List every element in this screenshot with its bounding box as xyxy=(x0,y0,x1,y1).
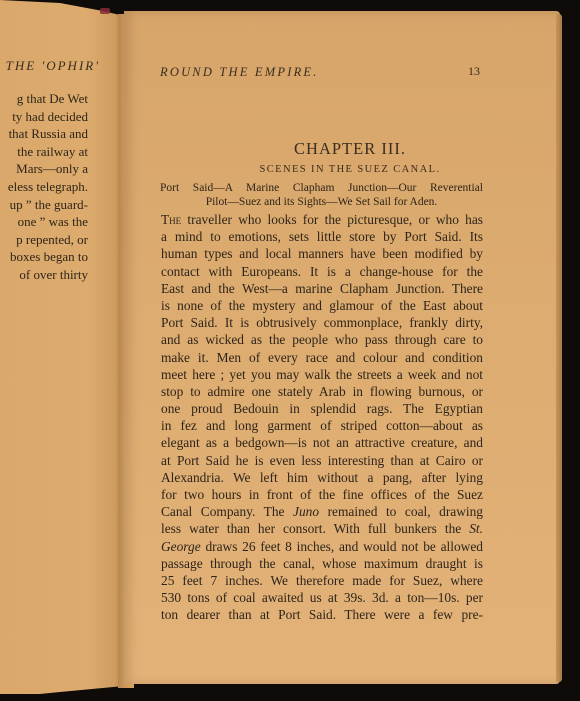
ship-name-george: George xyxy=(161,539,201,554)
left-line: Mars—only a xyxy=(0,160,88,178)
body-line: 530 tons of coal awaited us at 39s. 3d. … xyxy=(161,589,483,606)
open-book-photo: THE 'OPHIR' g that De Wet ty had decided… xyxy=(0,0,580,701)
left-line: p repented, or xyxy=(0,231,88,249)
synopsis-line: Port Said—A Marine Clapham Junction—Our … xyxy=(160,181,483,195)
body-line: is none of the mystery and glamour of th… xyxy=(161,297,483,314)
chapter-subtitle: SCENES IN THE SUEZ CANAL. xyxy=(150,164,550,175)
body-line: 25 feet 7 inches. We therefore made for … xyxy=(161,572,483,589)
page-number: 13 xyxy=(468,64,480,79)
left-running-head: THE 'OPHIR' xyxy=(0,58,100,74)
drop-word: The xyxy=(161,212,181,227)
body-line: in fez and long garment of striped cotto… xyxy=(161,417,483,434)
bookmark-ribbon xyxy=(100,8,110,14)
body-line: East and the West—a marine Clapham Junct… xyxy=(161,280,483,297)
left-line: g that De Wet xyxy=(0,90,88,108)
body-line: at Port Said he is even less interesting… xyxy=(161,452,483,469)
body-line: for two hours in front of the fine offic… xyxy=(161,486,483,503)
left-line: up ” the guard- xyxy=(0,196,88,214)
body-line: ton dearer than at Port Said. There were… xyxy=(161,606,483,623)
body-line: passage through the canal, whose maximum… xyxy=(161,555,483,572)
left-page-text: g that De Wet ty had decided that Russia… xyxy=(0,90,88,284)
body-line: make it. Men of every race and colour an… xyxy=(161,349,483,366)
left-line: one ” was the xyxy=(0,213,88,231)
body-line: Port Said. It is obtrusively commonplace… xyxy=(161,314,483,331)
body-line: Alexandria. We left him without a pang, … xyxy=(161,469,483,486)
body-line: meet here ; yet you may walk the streets… xyxy=(161,366,483,383)
page-edge xyxy=(556,14,562,682)
left-line: eless telegraph. xyxy=(0,178,88,196)
body-line: and as wicked as the people who pass thr… xyxy=(161,331,483,348)
left-line: of over thirty xyxy=(0,266,88,284)
body-line: Canal Company. The Juno remained to coal… xyxy=(161,503,483,520)
body-text: The traveller who looks for the pictures… xyxy=(161,211,483,624)
left-line: the railway at xyxy=(0,143,88,161)
body-line: The traveller who looks for the pictures… xyxy=(161,211,483,228)
ship-name-st: St. xyxy=(469,521,483,536)
chapter-title: CHAPTER III. xyxy=(150,139,550,159)
left-line: that Russia and xyxy=(0,125,88,143)
body-line: one proud Bedouin in splendid rags. The … xyxy=(161,400,483,417)
body-line: George draws 26 feet 8 inches, and would… xyxy=(161,538,483,555)
body-line: less water than her consort. With full b… xyxy=(161,520,483,537)
synopsis-line: Pilot—Suez and its Sights—We Set Sail fo… xyxy=(160,195,483,209)
body-line: human types and local manners have been … xyxy=(161,245,483,262)
body-line: elegant as a bedgown—is not an attractiv… xyxy=(161,434,483,451)
ship-name-juno: Juno xyxy=(293,504,319,519)
body-line: a mind to emotions, sets little store by… xyxy=(161,228,483,245)
body-line: stop to admire one stately Arab in flowi… xyxy=(161,383,483,400)
running-head: ROUND THE EMPIRE. xyxy=(160,65,319,80)
left-line: boxes began to xyxy=(0,248,88,266)
left-line: ty had decided xyxy=(0,108,88,126)
chapter-synopsis: Port Said—A Marine Clapham Junction—Our … xyxy=(160,181,483,209)
body-line: contact with Europeans. It is a change-h… xyxy=(161,263,483,280)
